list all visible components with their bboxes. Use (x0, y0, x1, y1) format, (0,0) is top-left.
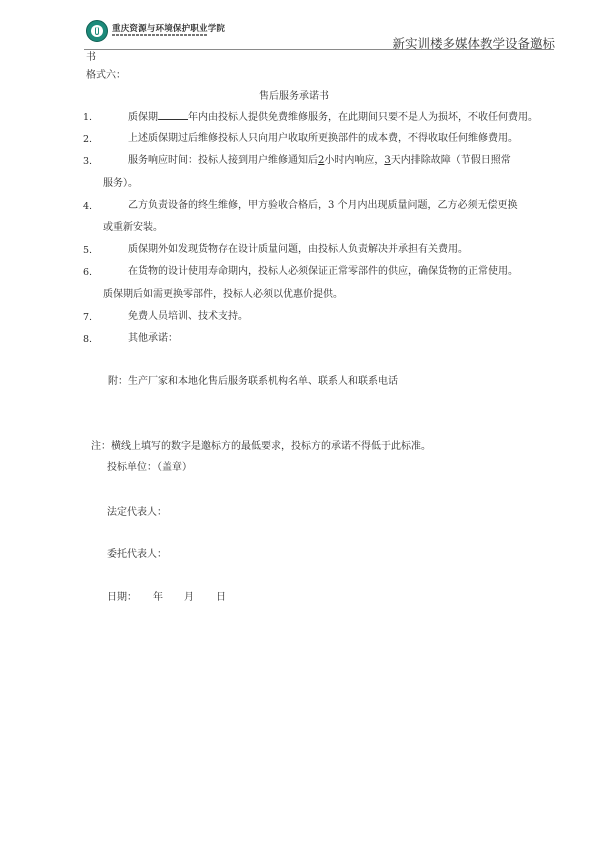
item-number: 4. (83, 201, 92, 212)
list-item-continuation: 服务）。 (103, 177, 138, 191)
item-text: 服务响应时间：投标人接到用户维修通知后 (128, 155, 318, 166)
document-page: 重庆资源与环境保护职业学院 新实训楼多媒体教学设备邀标 书 格式六： 售后服务承… (0, 0, 595, 841)
list-item-continuation: 质保期后如需更换零部件，投标人必须以优惠价提供。 (103, 288, 343, 302)
list-item: 乙方负责设备的终生维修，甲方验收合格后，3 个月内出现质量问题，乙方必须无偿更换 (128, 199, 518, 213)
fill-in-blank (158, 110, 188, 120)
item-text: 质保期 (128, 112, 158, 123)
list-item-continuation: 或重新安装。 (103, 221, 163, 235)
date-label: 日期： (107, 591, 137, 605)
item-number: 7. (83, 312, 92, 323)
bidder-unit-label: 投标单位：（盖章） (107, 461, 192, 475)
item-number: 5. (83, 245, 92, 256)
list-item: 质保期年内由投标人提供免费维修服务，在此期间只要不是人为损坏，不收任何费用。 (128, 110, 538, 125)
list-item: 其他承诺： (128, 332, 178, 346)
date-month: 月 (184, 591, 194, 605)
list-item: 服务响应时间：投标人接到用户维修通知后2小时内响应，3天内排除故障（节假日照常 (128, 154, 511, 168)
item-text: 小时内响应， (324, 155, 384, 166)
item-text: 年内由投标人提供免费维修服务，在此期间只要不是人为损坏，不收任何费用。 (188, 112, 538, 123)
list-item: 上述质保期过后维修投标人只向用户收取所更换部件的成本费，不得收取任何维修费用。 (128, 132, 518, 146)
item-text: 天内排除故障（节假日照常 (391, 155, 511, 166)
item-number: 3. (83, 156, 92, 167)
item-number: 1. (83, 112, 92, 123)
item-number: 8. (83, 334, 92, 345)
date-day: 日 (216, 591, 226, 605)
format-label: 格式六： (86, 69, 126, 83)
date-year: 年 (153, 591, 163, 605)
legal-representative-label: 法定代表人： (107, 506, 167, 520)
org-english-name (112, 34, 208, 36)
college-emblem-logo (86, 20, 108, 42)
list-item: 免费人员培训、技术支持。 (128, 310, 248, 324)
header-divider (84, 49, 554, 50)
section-title: 售后服务承诺书 (259, 90, 329, 104)
org-name: 重庆资源与环境保护职业学院 (112, 22, 225, 34)
footnote: 注：横线上填写的数字是邀标方的最低要求，投标方的承诺不得低于此标准。 (91, 440, 431, 454)
list-item: 在货物的设计使用寿命期内，投标人必须保证正常零部件的供应，确保货物的正常使用。 (128, 265, 518, 279)
title-continuation: 书 (86, 51, 96, 65)
item-number: 2. (83, 134, 92, 145)
list-item: 质保期外如发现货物存在设计质量问题，由投标人负责解决并承担有关费用。 (128, 243, 468, 257)
authorized-representative-label: 委托代表人： (107, 548, 167, 562)
item-number: 6. (83, 267, 92, 278)
attachment-note: 附：生产厂家和本地化售后服务联系机构名单、联系人和联系电话 (108, 375, 398, 389)
